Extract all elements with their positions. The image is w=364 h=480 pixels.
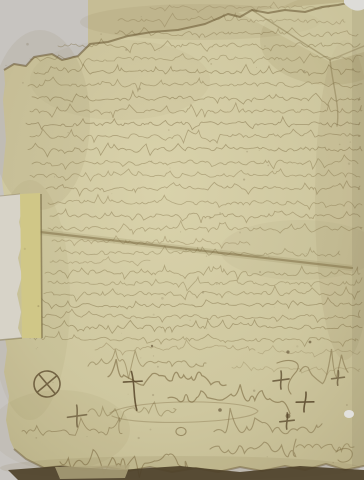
manuscript-page-image — [0, 0, 364, 480]
manuscript-scan — [0, 0, 364, 480]
bottom-shadow — [8, 465, 364, 480]
